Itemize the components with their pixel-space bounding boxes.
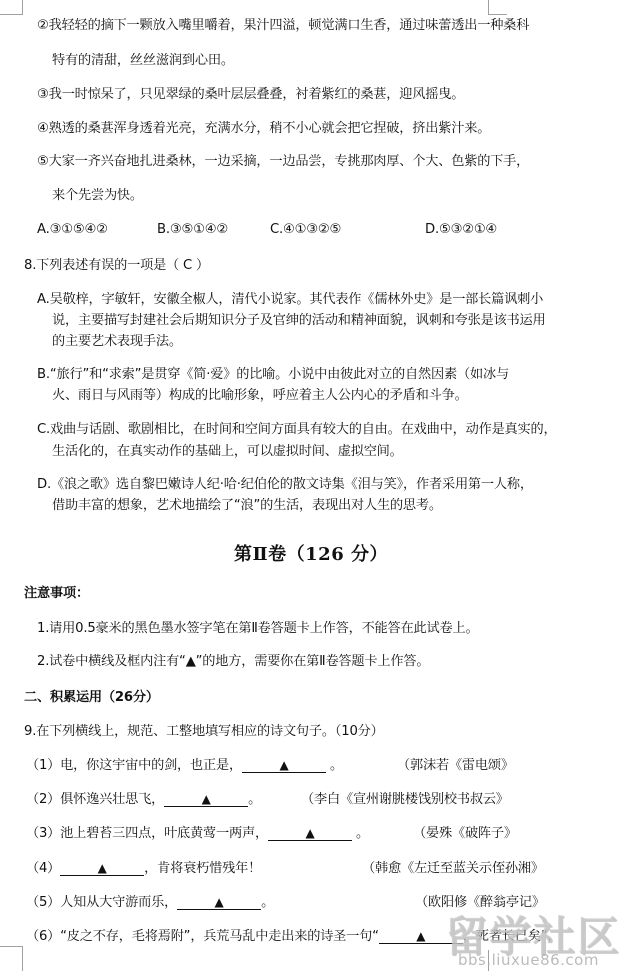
q8-option-a-line-3: 的主要艺术表现手法。 [52, 333, 182, 351]
crop-mark-bottom-right [488, 950, 507, 971]
crop-mark-top-left [0, 0, 23, 15]
q9-item-4: （4）▲，肯将衰朽惜残年！ [26, 860, 261, 878]
q7-item-4: ④熟透的桑葚浑身透着光亮，充满水分，稍不小心就会把它捏破，挤出紫汁来。 [37, 120, 490, 138]
q7-option-d: D.⑤③②①④ [425, 221, 497, 239]
q8-option-d-line-1: D.《浪之歌》选自黎巴嫩诗人纪·哈·纪伯伦的散文诗集《泪与笑》，作者采用第一人称… [37, 476, 533, 494]
q9-item-3-end: 。 [352, 826, 369, 841]
answer-blank-3[interactable]: ▲ [268, 826, 352, 841]
triangle-marker-icon: ▲ [279, 758, 288, 772]
q9-item-4-text: （4） [26, 861, 60, 876]
watermark-url: bbs.liuxue86.com [458, 951, 599, 969]
part-2-title: 第Ⅱ卷（126 分） [0, 540, 622, 566]
q9-item-4-source: （韩愈《左迁至蓝关示侄孙湘》 [362, 860, 544, 878]
q9-item-2-source: （李白《宣州谢朓楼饯别校书叔云》 [301, 791, 509, 809]
answer-blank-4[interactable]: ▲ [60, 861, 144, 876]
q9-item-5-text: （5）人知从大守游而乐， [26, 895, 177, 910]
q7-item-3: ③我一时惊呆了，只见翠绿的桑叶层层叠叠，衬着紫红的桑葚，迎风摇曳。 [37, 86, 464, 104]
triangle-marker-icon: ▲ [416, 929, 425, 943]
q9-item-1: （1）电，你这宇宙中的剑，也正是，▲ 。 [26, 757, 343, 775]
q9-item-5: （5）人知从大守游而乐，▲。 [26, 894, 274, 912]
notice-item-2: 2.试卷中横线及框内注有“▲”的地方，需要你在第Ⅱ卷答题卡上作答。 [37, 653, 429, 671]
q7-option-c: C.④①③②⑤ [270, 221, 341, 239]
q9-item-3-text: （3）池上碧苔三四点，叶底黄莺一两声， [26, 826, 268, 841]
q7-item-5-line-2: 来个先尝为快。 [52, 187, 143, 205]
q8-option-a-line-2: 说，主要描写封建社会后期知识分子及官绅的活动和精神面貌，讽刺和夸张是该书运用 [52, 312, 546, 330]
q9-item-6: （6）“皮之不存，毛将焉附”，兵荒马乱中走出来的诗圣一句“▲，死者长已矣”， [26, 928, 560, 946]
q9-item-6-end: ，死者长已矣”， [463, 929, 561, 944]
q9-item-2: （2）俱怀逸兴壮思飞，▲。 [26, 791, 261, 809]
q9-item-2-end: 。 [248, 792, 261, 807]
q9-item-6-text: （6）“皮之不存，毛将焉附”，兵荒马乱中走出来的诗圣一句“ [26, 929, 379, 944]
triangle-marker-icon: ▲ [98, 861, 107, 875]
q8-option-c-line-2: 生活化的，在真实动作的基础上，可以虚拟时间、虚拟空间。 [52, 443, 403, 461]
answer-blank-5[interactable]: ▲ [177, 895, 261, 910]
q9-item-1-text: （1）电，你这宇宙中的剑，也正是， [26, 758, 242, 773]
q9-item-2-text: （2）俱怀逸兴壮思飞， [26, 792, 164, 807]
q7-option-b: B.③⑤①④② [157, 221, 228, 239]
crop-mark-bottom-left [0, 946, 23, 971]
triangle-marker-icon: ▲ [215, 895, 224, 909]
q9-item-3: （3）池上碧苔三四点，叶底黄莺一两声，▲ 。 [26, 825, 369, 843]
q8-stem: 8.下列表述有误的一项是（ C ） [24, 257, 209, 275]
answer-blank-2[interactable]: ▲ [164, 792, 248, 807]
q9-item-1-end: 。 [326, 758, 343, 773]
exam-page: ②我轻轻的摘下一颗放入嘴里嚼着，果汁四溢，顿觉满口生香，通过味蕾透出一种桑科 特… [0, 0, 622, 971]
answer-blank-1[interactable]: ▲ [242, 758, 326, 773]
q9-item-5-end: 。 [261, 895, 274, 910]
notice-heading: 注意事项： [24, 585, 89, 603]
q7-item-2-line-1: ②我轻轻的摘下一颗放入嘴里嚼着，果汁四溢，顿觉满口生香，通过味蕾透出一种桑科 [37, 17, 529, 35]
section-2-heading: 二、积累运用（26分） [24, 689, 159, 707]
q8-option-b-line-2: 火、雨日与风雨等）构成的比喻形象，呼应着主人公内心的矛盾和斗争。 [52, 387, 468, 405]
q9-item-3-source: （晏殊《破阵子》 [413, 825, 517, 843]
q8-option-a-line-1: A.吴敬梓，字敏轩，安徽全椒人，清代小说家。其代表作《儒林外史》是一部长篇讽刺小 [37, 291, 543, 309]
q8-option-d-line-2: 借助丰富的想象，艺术地描绘了“浪”的生活，表现出对人生的思考。 [52, 497, 442, 515]
q9-stem: 9.在下列横线上，规范、工整地填写相应的诗文句子。（10分） [24, 723, 384, 741]
q8-option-c-line-1: C.戏曲与话剧、歌剧相比，在时间和空间方面具有较大的自由。在戏曲中，动作是真实的… [37, 421, 557, 439]
notice-item-1: 1.请用0.5豪米的黑色墨水签字笔在第Ⅱ卷答题卡上作答，不能答在此试卷上。 [37, 620, 478, 638]
q9-item-4-end: ，肯将衰朽惜残年！ [144, 861, 261, 876]
q9-item-5-source: （欧阳修《醉翁亭记》 [415, 894, 545, 912]
crop-mark-top-right [488, 0, 507, 15]
q7-item-2-line-2: 特有的清甜，丝丝滋润到心田。 [52, 52, 234, 70]
triangle-marker-icon: ▲ [305, 826, 314, 840]
q8-option-b-line-1: B.“旅行”和“求索”是贯穿《简·爱》的比喻。小说中由彼此对立的自然因素（如冰与 [37, 366, 509, 384]
answer-blank-6[interactable]: ▲ [379, 929, 463, 944]
q7-item-5-line-1: ⑤大家一齐兴奋地扎进桑林，一边采摘，一边品尝，专挑那肉厚、个大、色紫的下手， [37, 153, 529, 171]
q7-option-a: A.③①⑤④② [37, 221, 108, 239]
triangle-marker-icon: ▲ [202, 792, 211, 806]
q9-item-1-source: （郭沫若《雷电颂》 [397, 757, 514, 775]
